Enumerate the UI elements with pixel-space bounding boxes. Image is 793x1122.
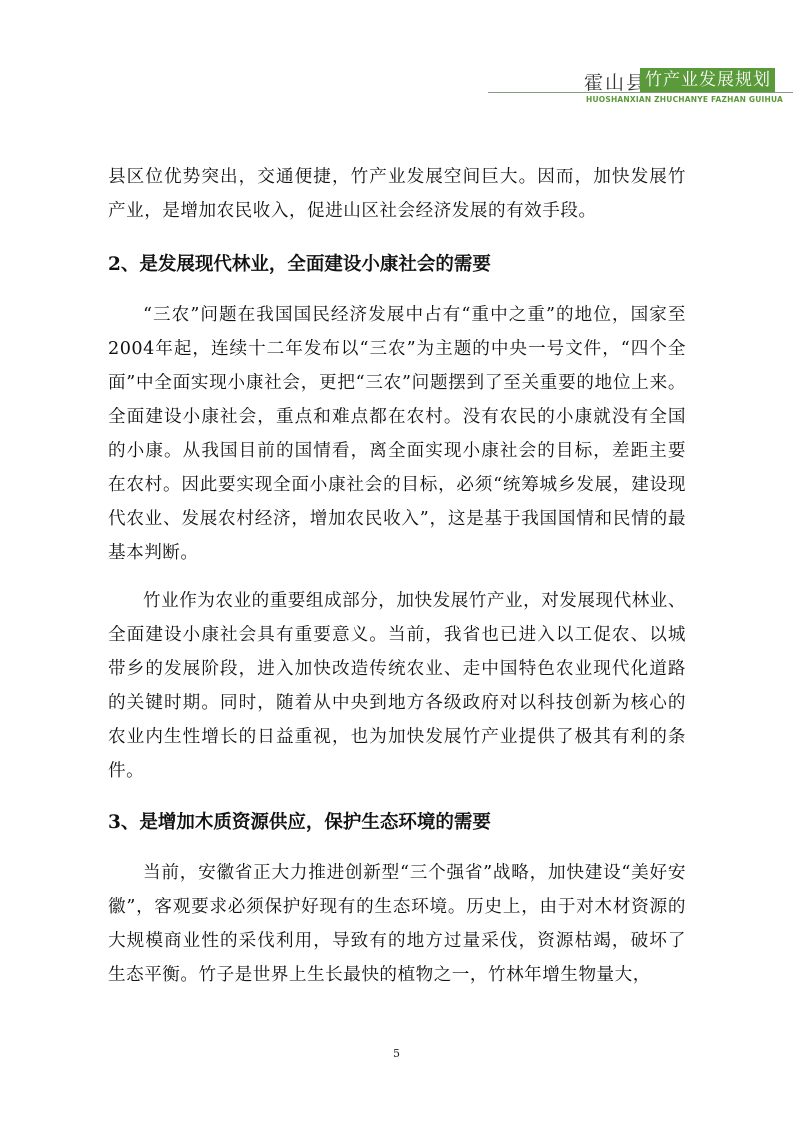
- section-3-heading: 3、是增加木质资源供应，保护生态环境的需要: [108, 806, 686, 840]
- section-3-paragraph-1: 当前，安徽省正大力推进创新型“三个强省”战略，加快建设“美好安徽”，客观要求必须…: [108, 856, 686, 992]
- section-2-heading: 2、是发展现代林业，全面建设小康社会的需要: [108, 248, 686, 282]
- section-2-paragraph-2: 竹业作为农业的重要组成部分，加快发展竹产业，对发展现代林业、全面建设小康社会具有…: [108, 584, 686, 788]
- section-2-paragraph-1: “三农”问题在我国国民经济发展中占有“重中之重”的地位，国家至2004年起，连续…: [108, 298, 686, 570]
- header-county: 霍山县: [584, 68, 647, 95]
- header-rule: [488, 92, 793, 93]
- header-title-banner: 竹产业发展规划: [640, 68, 775, 92]
- intro-continuation: 县区位优势突出，交通便捷，竹产业发展空间巨大。因而，加快发展竹产业，是增加农民收…: [108, 160, 686, 228]
- page-body: 县区位优势突出，交通便捷，竹产业发展空间巨大。因而，加快发展竹产业，是增加农民收…: [108, 160, 686, 992]
- header-subtitle: HUOSHANXIAN ZHUCHANYE FAZHAN GUIHUA: [586, 95, 783, 104]
- page-header: 霍山县 竹产业发展规划 HUOSHANXIAN ZHUCHANYE FAZHAN…: [0, 0, 793, 110]
- page-number: 5: [0, 1047, 793, 1060]
